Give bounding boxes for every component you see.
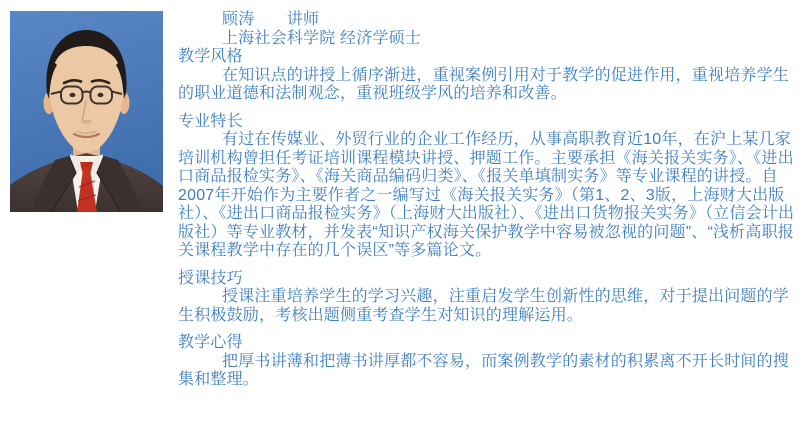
section-specialty: 专业特长 有过在传媒业、外贸行业的企业工作经历，从事高职教育近10年，在沪上某几… (178, 113, 800, 261)
portrait-illustration (10, 11, 163, 212)
section-teaching-style: 教学风格 在知识点的讲授上循序渐进，重视案例引用对于教学的促进作用，重视培养学生… (178, 48, 800, 104)
section-body: 把厚书讲薄和把薄书讲厚都不容易，而案例教学的素材的积累离不开长时间的搜集和整理。 (178, 353, 800, 390)
section-lecturing-skills: 授课技巧 授课注重培养学生的学习兴趣，注重启发学生创新性的思维，对于提出问题的学… (178, 270, 800, 326)
section-heading: 教学风格 (178, 48, 800, 67)
teacher-name-title: 顾涛 讲师 (178, 11, 800, 30)
teacher-photo (10, 11, 163, 212)
section-teaching-insights: 教学心得 把厚书讲薄和把薄书讲厚都不容易，而案例教学的素材的积累离不开长时间的搜… (178, 334, 800, 390)
section-heading: 专业特长 (178, 113, 800, 132)
section-body: 授课注重培养学生的学习兴趣，注重启发学生创新性的思维，对于提出问题的学生积极鼓励… (178, 288, 800, 325)
section-heading: 教学心得 (178, 334, 800, 353)
section-heading: 授课技巧 (178, 270, 800, 289)
profile-content: 顾涛 讲师 上海社会科学院 经济学硕士 教学风格 在知识点的讲授上循序渐进，重视… (178, 11, 800, 390)
section-body: 在知识点的讲授上循序渐进，重视案例引用对于教学的促进作用，重视培养学生的职业道德… (178, 67, 800, 104)
section-body: 有过在传媒业、外贸行业的企业工作经历，从事高职教育近10年，在沪上某几家培训机构… (178, 131, 800, 261)
teacher-credentials: 上海社会科学院 经济学硕士 (178, 30, 800, 49)
